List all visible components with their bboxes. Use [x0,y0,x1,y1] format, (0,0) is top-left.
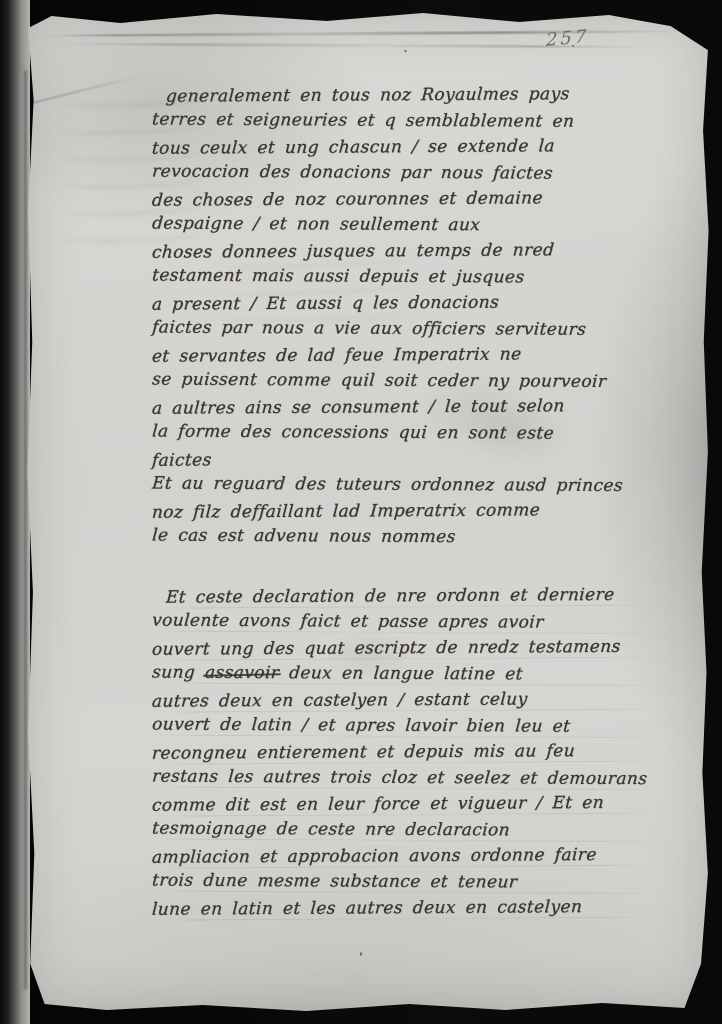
manuscript-line: recongneu entierement et depuis mis au f… [151,737,719,766]
page-number: 257 [546,26,590,51]
manuscript-line: a aultres ains se consument / le tout se… [151,392,719,421]
manuscript-line: trois dune mesme substance et teneur [151,868,719,897]
manuscript-line: lune en latin et les autres deux en cast… [151,893,719,922]
manuscript-line: des choses de noz couronnes et demaine [151,184,719,213]
ink-speck [572,45,574,47]
manuscript-line: testament mais aussi depuis et jusques [151,263,719,292]
ink-speck [360,952,363,956]
manuscript-line: despaigne / et non seullement aux [151,211,719,240]
manuscript-line: ampliacion et approbacion avons ordonne … [151,841,719,870]
manuscript-line: comme dit est en leur force et vigueur /… [151,789,719,818]
manuscript-line: restans les autres trois cloz et seelez … [151,764,719,793]
manuscript-line: a present / Et aussi q les donacions [151,288,719,317]
manuscript-line: tous ceulx et ung chascun / se extende l… [151,132,719,161]
manuscript-line: Et au reguard des tuteurs ordonnez ausd … [151,471,719,500]
manuscript-line: tesmoignage de ceste nre declaracion [151,816,719,845]
manuscript-line: generalement en tous noz Royaulmes pays [151,80,719,109]
manuscript-line: terres et seigneuries et q semblablement… [151,107,719,136]
struck-word: assavoir [204,663,280,683]
manuscript-line: autres deux en castelyen / estant celuy [151,685,719,714]
manuscript-photo: 257 generalement en tous noz Royaulmes p… [0,0,722,1024]
paragraph: Et ceste declaration de nre ordonn et de… [152,583,718,921]
manuscript-line: noz filz deffaillant lad Imperatrix comm… [151,496,719,525]
underleaf-edge [24,70,27,990]
ink-speck [404,49,408,52]
manuscript-line: revocacion des donacions par nous faicte… [151,159,719,188]
manuscript-line: ouvert ung des quat escriptz de nredz te… [151,633,719,662]
manuscript-line: sung assavoir deux en langue latine et [151,660,719,689]
manuscript-line: la forme des concessions qui en sont est… [151,419,719,448]
manuscript-text: generalement en tous noz Royaulmes payst… [152,82,718,921]
manuscript-line: voulente avons faict et passe apres avoi… [151,608,719,637]
manuscript-line: Et ceste declaration de nre ordonn et de… [151,581,719,610]
manuscript-line: faictes par nous a vie aux officiers ser… [151,315,719,344]
manuscript-line: se puissent comme quil soit ceder ny pou… [151,367,719,396]
page-crease [38,30,698,38]
manuscript-page: 257 generalement en tous noz Royaulmes p… [24,10,712,1014]
manuscript-line: faictes [151,444,719,473]
manuscript-line: et servantes de lad feue Imperatrix ne [151,340,719,369]
manuscript-line: le cas est advenu nous nommes [151,523,719,552]
paragraph: generalement en tous noz Royaulmes payst… [152,82,718,550]
manuscript-line: choses donnees jusques au temps de nred [151,236,719,265]
manuscript-line: ouvert de latin / et apres lavoir bien l… [151,712,719,741]
